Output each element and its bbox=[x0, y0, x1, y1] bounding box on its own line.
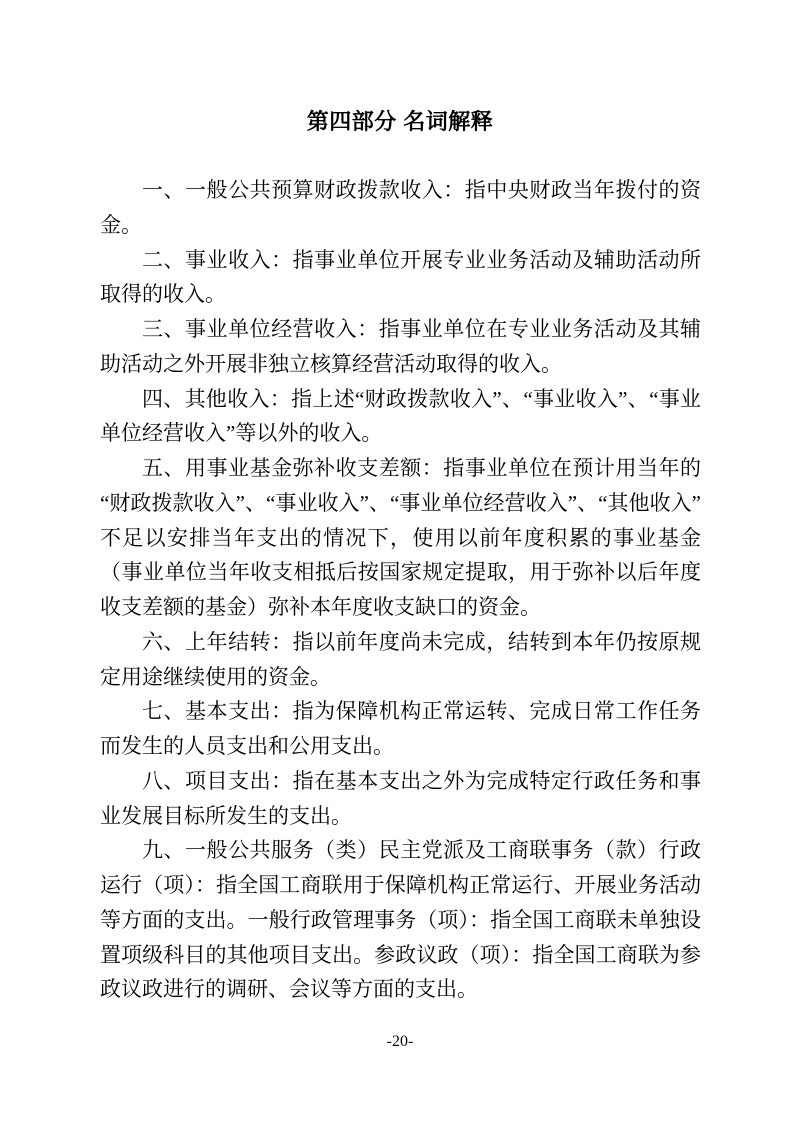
glossary-paragraph-7: 七、基本支出：指为保障机构正常运转、完成日常工作任务而发生的人员支出和公用支出。 bbox=[100, 694, 701, 764]
glossary-paragraph-6: 六、上年结转：指以前年度尚未完成，结转到本年仍按原规定用途继续使用的资金。 bbox=[100, 625, 701, 695]
glossary-paragraph-4: 四、其他收入：指上述“财政拨款收入”、“事业收入”、“事业单位经营收入”等以外的… bbox=[100, 382, 701, 452]
glossary-paragraph-1: 一、一般公共预算财政拨款收入：指中央财政当年拨付的资金。 bbox=[100, 173, 701, 243]
glossary-paragraph-8: 八、项目支出：指在基本支出之外为完成特定行政任务和事业发展目标所发生的支出。 bbox=[100, 764, 701, 834]
page-title: 第四部分 名词解释 bbox=[0, 106, 800, 138]
page-number: -20- bbox=[0, 1032, 800, 1052]
glossary-section: 一、一般公共预算财政拨款收入：指中央财政当年拨付的资金。 二、事业收入：指事业单… bbox=[100, 173, 701, 1007]
glossary-paragraph-3: 三、事业单位经营收入：指事业单位在专业业务活动及其辅助活动之外开展非独立核算经营… bbox=[100, 312, 701, 382]
glossary-paragraph-5: 五、用事业基金弥补收支差额：指事业单位在预计用当年的“财政拨款收入”、“事业收入… bbox=[100, 451, 701, 625]
glossary-paragraph-9: 九、一般公共服务（类）民主党派及工商联事务（款）行政运行（项）：指全国工商联用于… bbox=[100, 833, 701, 1007]
document-page: 第四部分 名词解释 一、一般公共预算财政拨款收入：指中央财政当年拨付的资金。 二… bbox=[0, 0, 800, 1131]
glossary-paragraph-2: 二、事业收入：指事业单位开展专业业务活动及辅助活动所取得的收入。 bbox=[100, 243, 701, 313]
